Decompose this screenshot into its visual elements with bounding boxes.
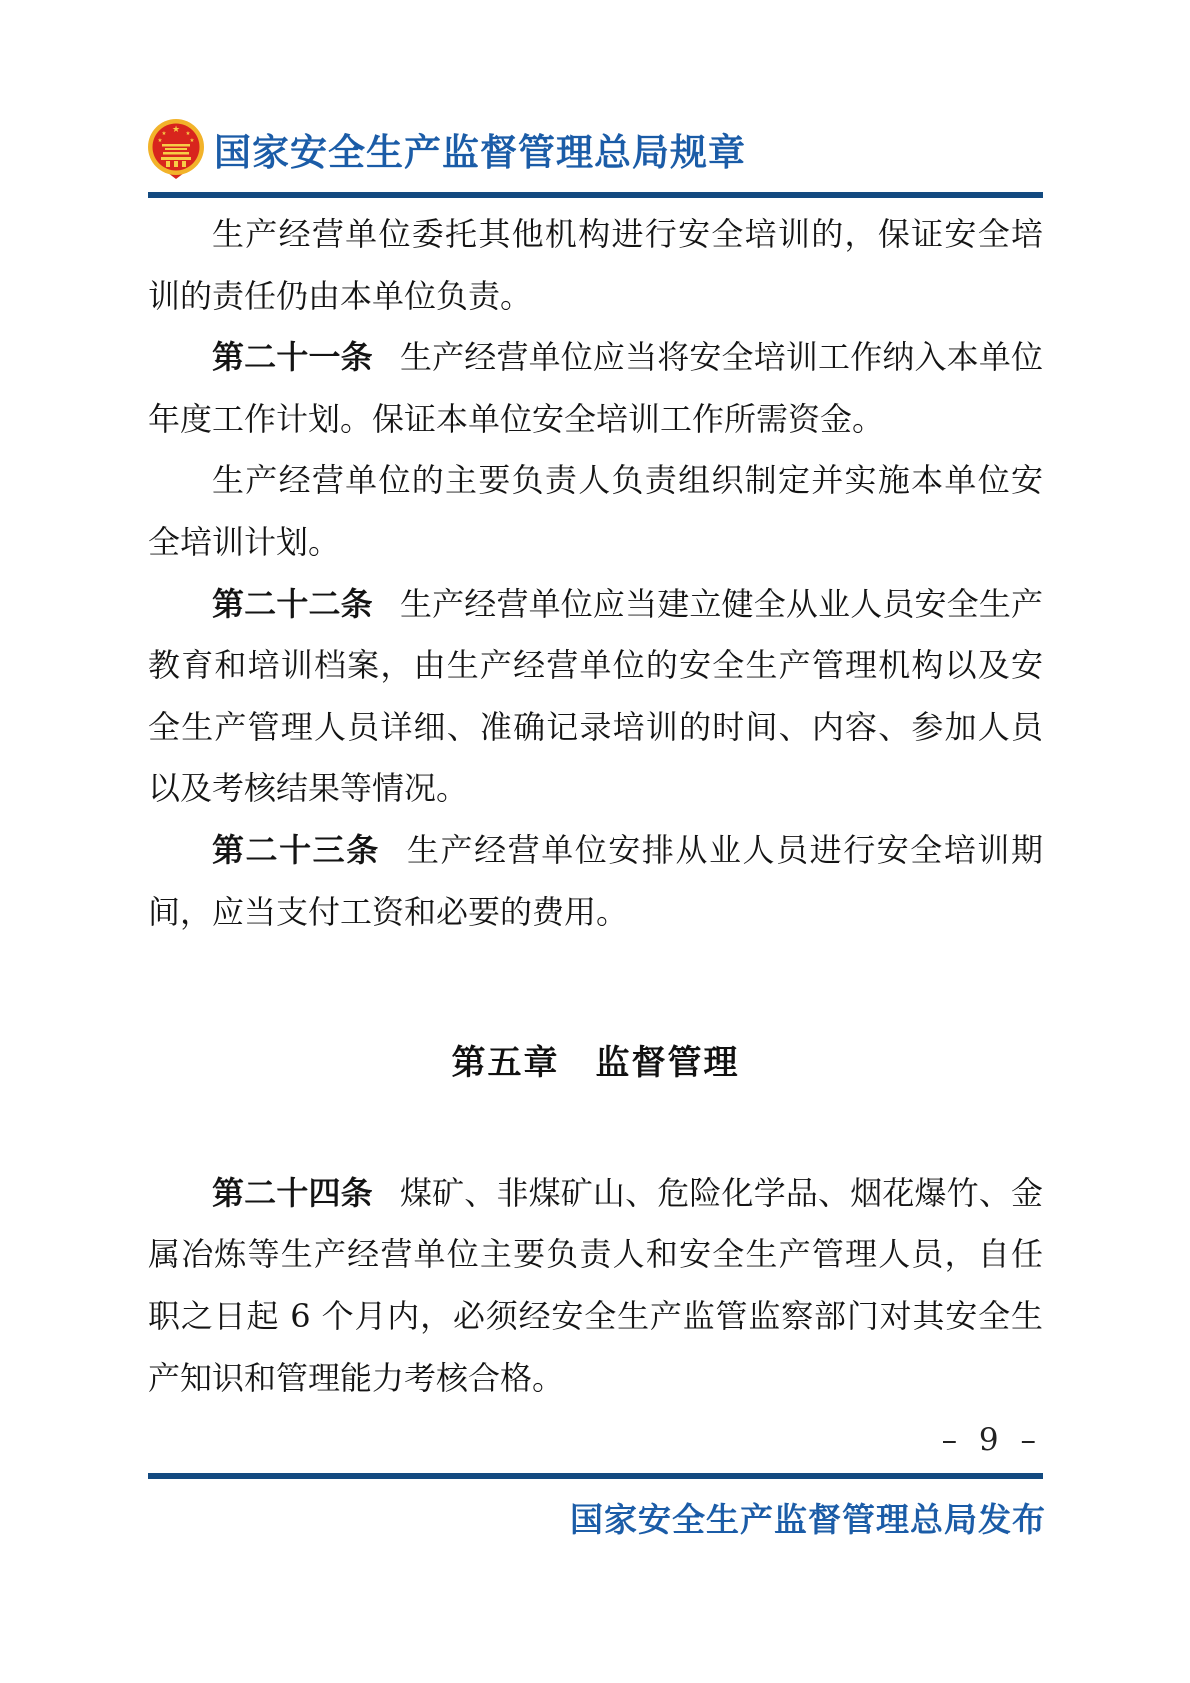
page-title: 国家安全生产监督管理总局规章 bbox=[214, 122, 746, 176]
article-number: 第二十一条 bbox=[212, 338, 373, 376]
paragraph: 第二十一条生产经营单位应当将安全培训工作纳入本单位年度工作计划。保证本单位安全培… bbox=[148, 327, 1043, 450]
article-number: 第二十三条 bbox=[212, 831, 380, 869]
china-national-emblem-icon: ★ ★ ★ ★ ★ bbox=[146, 117, 206, 181]
article-number: 第二十四条 bbox=[212, 1174, 373, 1212]
paragraph: 生产经营单位委托其他机构进行安全培训的，保证安全培训的责任仍由本单位负责。 bbox=[148, 204, 1043, 327]
svg-text:★: ★ bbox=[172, 125, 180, 135]
paragraph: 第二十四条煤矿、非煤矿山、危险化学品、烟花爆竹、金属冶炼等生产经营单位主要负责人… bbox=[148, 1163, 1043, 1409]
svg-text:★: ★ bbox=[190, 138, 195, 144]
svg-text:★: ★ bbox=[162, 131, 167, 137]
svg-text:★: ★ bbox=[186, 131, 191, 137]
footer-divider bbox=[148, 1473, 1043, 1479]
paragraph-text: 生产经营单位委托其他机构进行安全培训的，保证安全培训的责任仍由本单位负责。 bbox=[148, 215, 1043, 315]
document-page: ★ ★ ★ ★ ★ 国家安全生产监督管理总局规章 生产经营单位委托其他机构进行安… bbox=[0, 0, 1190, 1683]
article-number: 第二十二条 bbox=[212, 585, 373, 623]
document-body: 生产经营单位委托其他机构进行安全培训的，保证安全培训的责任仍由本单位负责。 第二… bbox=[148, 204, 1043, 1409]
page-number: – 9 – bbox=[942, 1422, 1042, 1458]
paragraph: 第二十二条生产经营单位应当建立健全从业人员安全生产教育和培训档案，由生产经营单位… bbox=[148, 574, 1043, 820]
paragraph: 生产经营单位的主要负责人负责组织制定并实施本单位安全培训计划。 bbox=[148, 450, 1043, 573]
paragraph: 第二十三条生产经营单位安排从业人员进行安全培训期间，应当支付工资和必要的费用。 bbox=[148, 820, 1043, 943]
paragraph-text: 生产经营单位的主要负责人负责组织制定并实施本单位安全培训计划。 bbox=[148, 461, 1043, 561]
header-divider bbox=[148, 192, 1043, 198]
page-header: ★ ★ ★ ★ ★ 国家安全生产监督管理总局规章 bbox=[146, 116, 746, 182]
chapter-heading: 第五章 监督管理 bbox=[148, 1033, 1043, 1095]
footer-publisher: 国家安全生产监督管理总局发布 bbox=[570, 1494, 1046, 1541]
svg-text:★: ★ bbox=[158, 138, 163, 144]
